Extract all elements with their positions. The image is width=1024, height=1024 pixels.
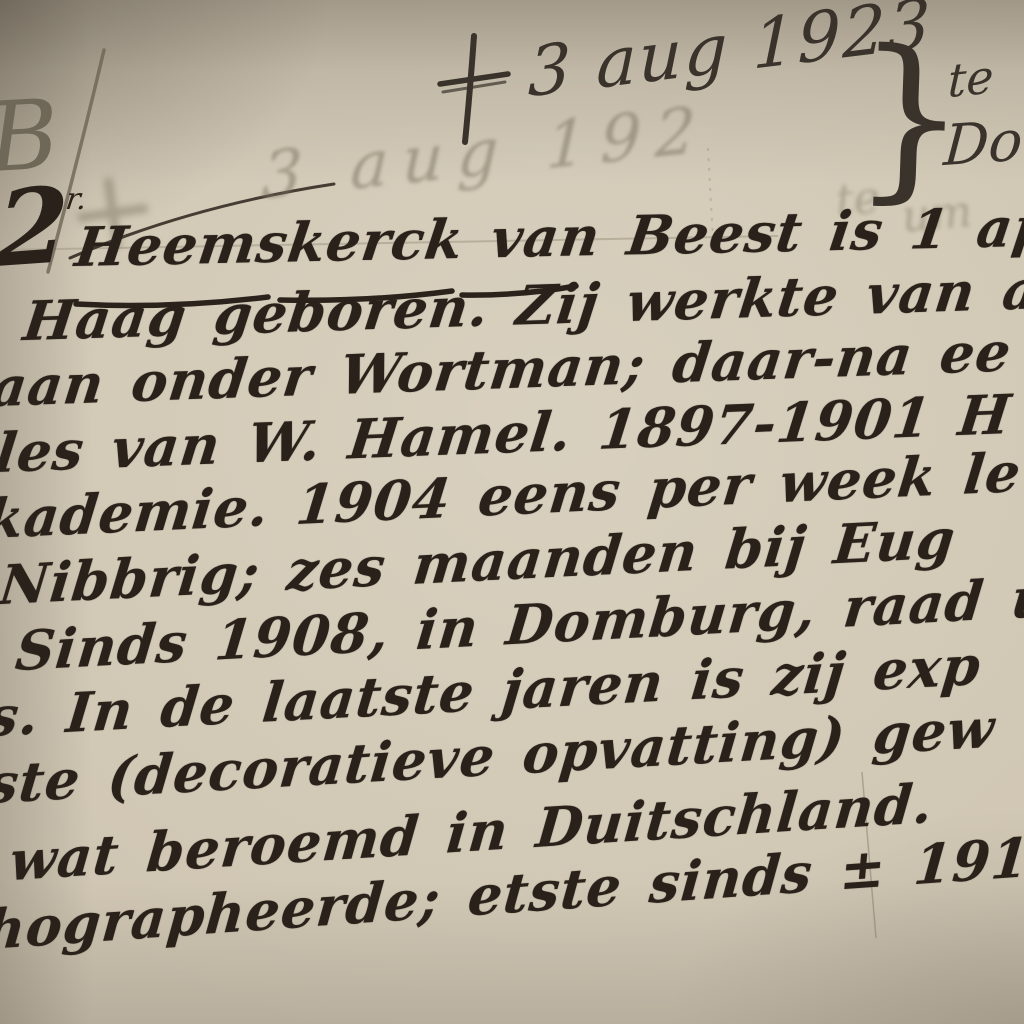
place-word-te: te [947,49,994,108]
margin-number-mark: 2 [0,163,70,292]
place-name-fragment: Dom [942,105,1024,180]
photo-of-manuscript: + 3 aug 192 te um 3 aug 1923 } te Dom B … [0,0,1024,1024]
